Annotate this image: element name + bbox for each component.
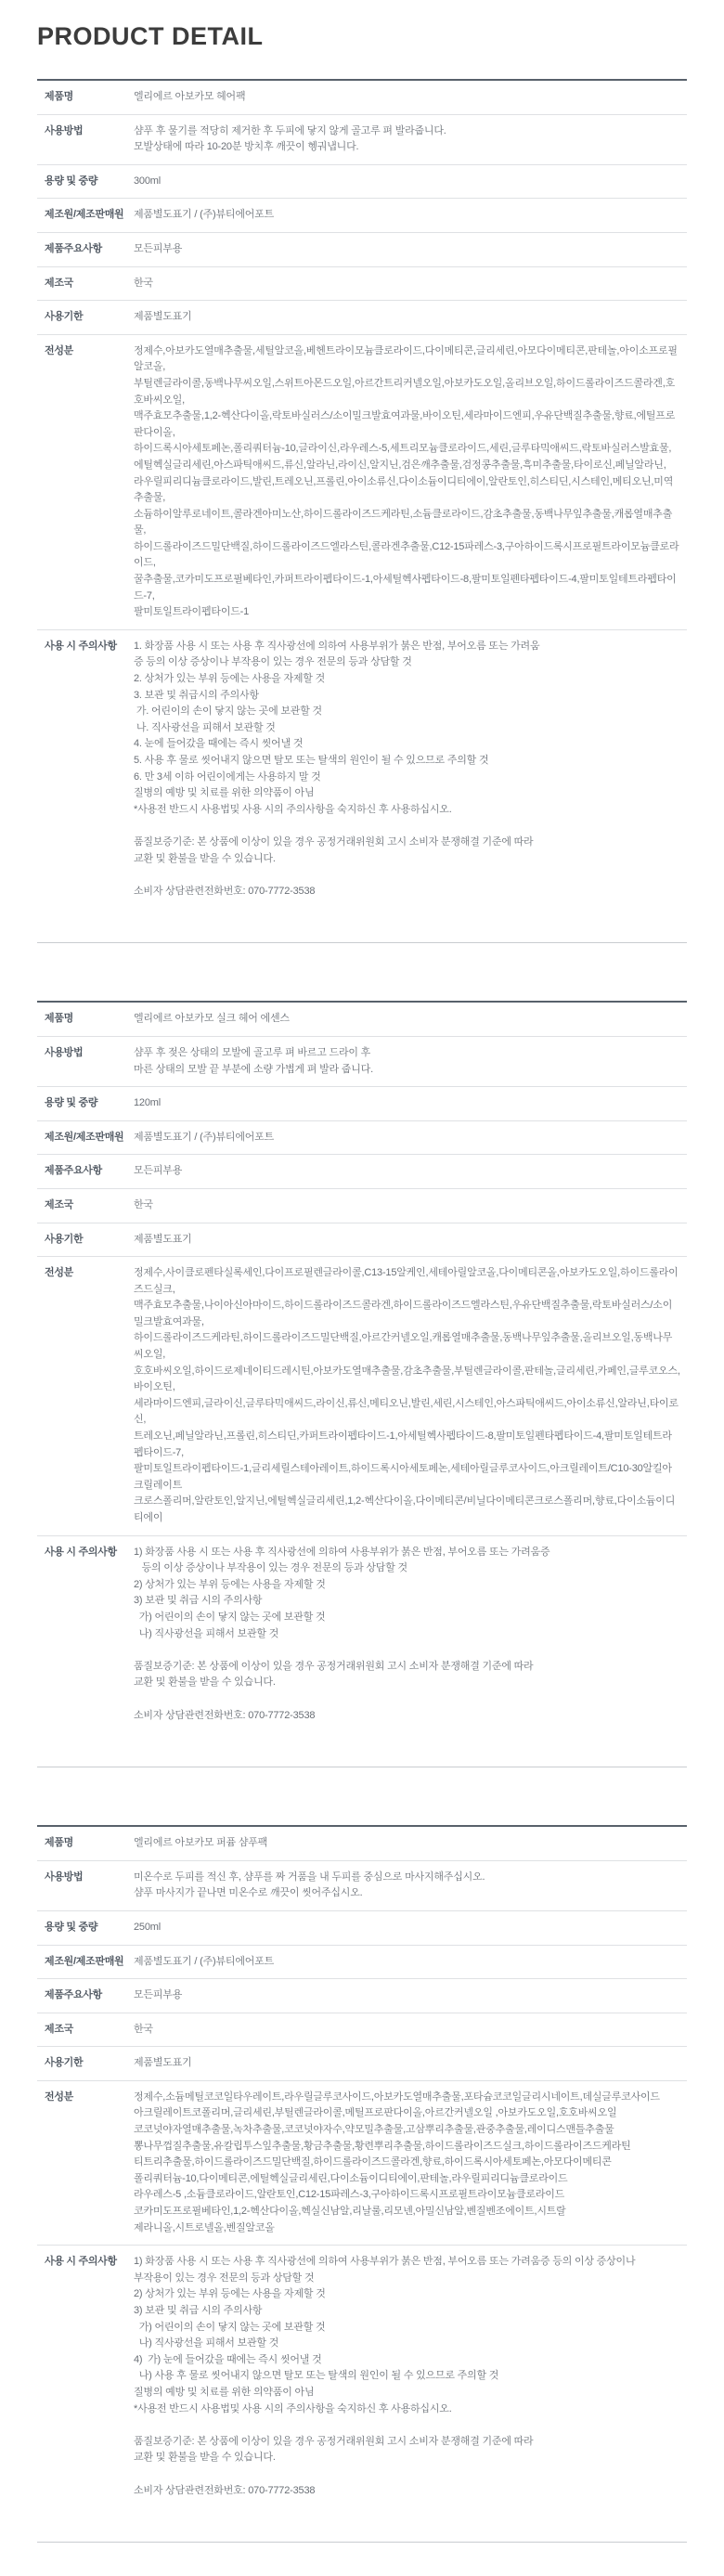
spec-field-value: 제품별도표기 bbox=[134, 2047, 687, 2080]
spec-field-label: 제조원/제조판매원 bbox=[37, 199, 134, 232]
spec-row: 제조원/제조판매원 제품별도표기 / (주)뷰티에어포트 bbox=[37, 1120, 687, 1155]
spec-field-label: 사용 시 주의사항 bbox=[37, 630, 134, 664]
spec-field-label: 용량 및 중량 bbox=[37, 1911, 134, 1945]
spec-field-value: 제품별도표기 / (주)뷰티에어포트 bbox=[134, 1121, 687, 1155]
spec-field-value: 샴푸 후 젖은 상태의 모발에 골고루 펴 바르고 드라이 후 마른 상태의 모… bbox=[134, 1037, 687, 1086]
product-spec-table-3: 제품명 엘리에르 아보카모 퍼퓸 샴푸팩 사용방법 미온수로 두피를 적신 후,… bbox=[37, 1825, 687, 2543]
spec-field-value: 250ml bbox=[134, 1911, 687, 1945]
spec-field-label: 제조국 bbox=[37, 267, 134, 301]
spec-row: 전성분 정제수,사이클로펜타실록세인,다이프로필렌글라이콜,C13-15알케인,… bbox=[37, 1256, 687, 1535]
spec-row: 사용기한 제품별도표기 bbox=[37, 300, 687, 334]
spec-field-label: 용량 및 중량 bbox=[37, 165, 134, 199]
spec-field-value: 1) 화장품 사용 시 또는 사용 후 직사광선에 의하여 사용부위가 붉은 반… bbox=[134, 2246, 687, 2542]
spec-field-label: 제품주요사항 bbox=[37, 1979, 134, 2013]
spec-row: 제조국 한국 bbox=[37, 1188, 687, 1223]
spec-field-label: 전성분 bbox=[37, 1257, 134, 1290]
spec-field-value: 120ml bbox=[134, 1087, 687, 1120]
spec-field-value: 한국 bbox=[134, 1189, 687, 1223]
spec-field-value: 1) 화장품 사용 시 또는 사용 후 직사광선에 의하여 사용부위가 붉은 반… bbox=[134, 1536, 687, 1767]
spec-row: 사용 시 주의사항 1) 화장품 사용 시 또는 사용 후 직사광선에 의하여 … bbox=[37, 2245, 687, 2542]
spec-row: 사용기한 제품별도표기 bbox=[37, 2046, 687, 2080]
product-spec-table-2: 제품명 엘리에르 아보카모 실크 헤어 에센스 사용방법 샴푸 후 젖은 상태의… bbox=[37, 1001, 687, 1767]
spec-field-value: 1. 화장품 사용 시 또는 사용 후 직사광선에 의하여 사용부위가 붉은 반… bbox=[134, 630, 687, 943]
spec-row: 전성분 정제수,소듐메틸코코일타우레이트,라우릴글루코사이드,아보카도열매추출물… bbox=[37, 2080, 687, 2245]
spec-row: 제품명 엘리에르 아보카모 헤어팩 bbox=[37, 81, 687, 114]
spec-row: 제조원/제조판매원 제품별도표기 / (주)뷰티에어포트 bbox=[37, 198, 687, 232]
spec-field-label: 제품주요사항 bbox=[37, 233, 134, 266]
spec-field-label: 전성분 bbox=[37, 335, 134, 369]
spec-row: 제품주요사항 모든피부용 bbox=[37, 1154, 687, 1188]
spec-field-value: 한국 bbox=[134, 2013, 687, 2047]
spec-row: 제품주요사항 모든피부용 bbox=[37, 1978, 687, 2013]
spec-row: 용량 및 중량 250ml bbox=[37, 1910, 687, 1945]
spec-field-label: 사용방법 bbox=[37, 1861, 134, 1895]
spec-row: 제품주요사항 모든피부용 bbox=[37, 232, 687, 266]
spec-row: 제조국 한국 bbox=[37, 266, 687, 301]
spec-row: 사용 시 주의사항 1. 화장품 사용 시 또는 사용 후 직사광선에 의하여 … bbox=[37, 629, 687, 943]
spec-field-label: 제조원/제조판매원 bbox=[37, 1946, 134, 1979]
product-spec-tables: 제품명 엘리에르 아보카모 헤어팩 사용방법 샴푸 후 물기를 적당히 제거한 … bbox=[37, 79, 687, 2543]
spec-field-label: 사용 시 주의사항 bbox=[37, 1536, 134, 1570]
spec-field-value: 샴푸 후 물기를 적당히 제거한 후 두피에 닿지 않게 골고루 펴 발라줍니다… bbox=[134, 115, 687, 164]
spec-field-value: 모든피부용 bbox=[134, 1155, 687, 1188]
spec-field-value: 엘리에르 아보카모 퍼퓸 샴푸팩 bbox=[134, 1827, 687, 1860]
spec-field-label: 사용방법 bbox=[37, 115, 134, 149]
spec-row: 제품명 엘리에르 아보카모 실크 헤어 에센스 bbox=[37, 1003, 687, 1036]
spec-field-label: 용량 및 중량 bbox=[37, 1087, 134, 1120]
spec-row: 용량 및 중량 300ml bbox=[37, 164, 687, 199]
spec-field-value: 모든피부용 bbox=[134, 1979, 687, 2013]
spec-row: 사용 시 주의사항 1) 화장품 사용 시 또는 사용 후 직사광선에 의하여 … bbox=[37, 1535, 687, 1767]
spec-field-value: 정제수,소듐메틸코코일타우레이트,라우릴글루코사이드,아보카도열매추출물,포타슘… bbox=[134, 2081, 687, 2245]
spec-field-value: 정제수,사이클로펜타실록세인,다이프로필렌글라이콜,C13-15알케인,세테아릴… bbox=[134, 1257, 687, 1535]
spec-row: 사용방법 미온수로 두피를 적신 후, 샴푸를 짜 거품을 내 두피를 중심으로… bbox=[37, 1860, 687, 1910]
spec-row: 제조원/제조판매원 제품별도표기 / (주)뷰티에어포트 bbox=[37, 1945, 687, 1979]
spec-field-label: 제품명 bbox=[37, 1003, 134, 1036]
spec-field-label: 사용방법 bbox=[37, 1037, 134, 1070]
spec-field-label: 제조원/제조판매원 bbox=[37, 1121, 134, 1155]
spec-row: 제조국 한국 bbox=[37, 2013, 687, 2047]
spec-field-value: 한국 bbox=[134, 267, 687, 301]
spec-field-value: 모든피부용 bbox=[134, 233, 687, 266]
product-spec-table-1: 제품명 엘리에르 아보카모 헤어팩 사용방법 샴푸 후 물기를 적당히 제거한 … bbox=[37, 79, 687, 943]
spec-row: 사용방법 샴푸 후 물기를 적당히 제거한 후 두피에 닿지 않게 골고루 펴 … bbox=[37, 114, 687, 164]
spec-field-label: 전성분 bbox=[37, 2081, 134, 2115]
spec-field-label: 제조국 bbox=[37, 2013, 134, 2047]
spec-field-value: 제품별도표기 bbox=[134, 301, 687, 334]
spec-field-value: 엘리에르 아보카모 실크 헤어 에센스 bbox=[134, 1003, 687, 1036]
spec-field-value: 제품별도표기 / (주)뷰티에어포트 bbox=[134, 1946, 687, 1979]
spec-field-label: 사용기한 bbox=[37, 1223, 134, 1257]
spec-field-value: 엘리에르 아보카모 헤어팩 bbox=[134, 81, 687, 114]
spec-field-label: 제품명 bbox=[37, 81, 134, 114]
spec-row: 전성분 정제수,아보카도열매추출물,세틸알코올,베헨트라이모늄클로라이드,다이메… bbox=[37, 334, 687, 629]
spec-field-label: 사용기한 bbox=[37, 2047, 134, 2080]
spec-field-value: 300ml bbox=[134, 165, 687, 199]
spec-field-label: 사용 시 주의사항 bbox=[37, 2246, 134, 2279]
page-title: PRODUCT DETAIL bbox=[37, 22, 687, 51]
spec-row: 용량 및 중량 120ml bbox=[37, 1086, 687, 1120]
spec-field-label: 사용기한 bbox=[37, 301, 134, 334]
spec-field-label: 제품주요사항 bbox=[37, 1155, 134, 1188]
spec-field-value: 제품별도표기 / (주)뷰티에어포트 bbox=[134, 199, 687, 232]
spec-field-value: 정제수,아보카도열매추출물,세틸알코올,베헨트라이모늄클로라이드,다이메티콘,글… bbox=[134, 335, 687, 629]
spec-row: 제품명 엘리에르 아보카모 퍼퓸 샴푸팩 bbox=[37, 1827, 687, 1860]
spec-field-label: 제조국 bbox=[37, 1189, 134, 1223]
spec-row: 사용방법 샴푸 후 젖은 상태의 모발에 골고루 펴 바르고 드라이 후 마른 … bbox=[37, 1036, 687, 1086]
spec-row: 사용기한 제품별도표기 bbox=[37, 1223, 687, 1257]
product-detail-page: PRODUCT DETAIL 제품명 엘리에르 아보카모 헤어팩 사용방법 샴푸… bbox=[0, 0, 724, 2576]
spec-field-label: 제품명 bbox=[37, 1827, 134, 1860]
spec-field-value: 미온수로 두피를 적신 후, 샴푸를 짜 거품을 내 두피를 중심으로 마사지해… bbox=[134, 1861, 687, 1910]
spec-field-value: 제품별도표기 bbox=[134, 1223, 687, 1257]
